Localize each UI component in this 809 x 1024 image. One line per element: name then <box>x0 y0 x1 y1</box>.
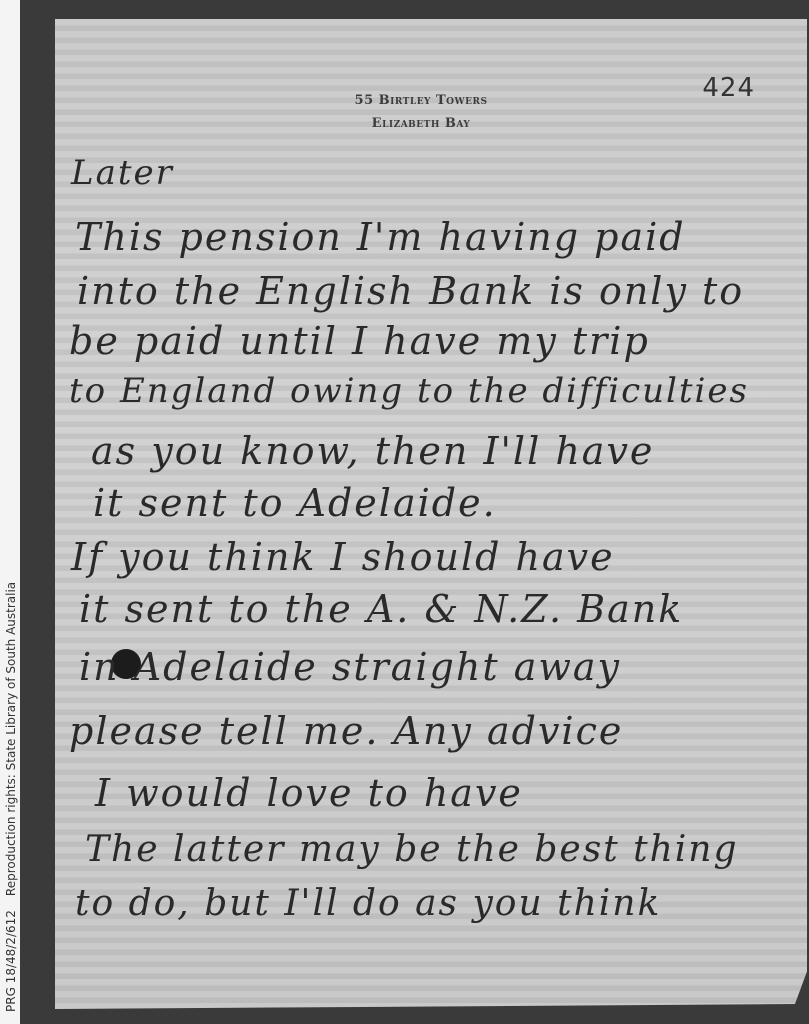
archive-reference: PRG 18/48/2/612 <box>4 910 18 1012</box>
handwritten-line: I would love to have <box>95 771 523 815</box>
handwritten-line: to England owing to the difficulties <box>69 371 749 411</box>
handwritten-line: to do, but I'll do as you think <box>75 883 661 924</box>
handwritten-line: If you think I should have <box>71 535 615 579</box>
handwritten-line: it sent to Adelaide. <box>93 481 497 525</box>
handwritten-line: it sent to the A. & N.Z. Bank <box>79 587 683 631</box>
film-border: 424 55 Birtley Towers Elizabeth Bay Late… <box>20 0 809 1024</box>
handwritten-line: into the English Bank is only to <box>77 269 744 313</box>
letter-page: 424 55 Birtley Towers Elizabeth Bay Late… <box>55 19 807 1009</box>
credit-text: PRG 18/48/2/612Reproduction rights: Stat… <box>4 582 18 1012</box>
reproduction-rights: Reproduction rights: State Library of So… <box>4 582 18 896</box>
letterhead-suburb: Elizabeth Bay <box>35 116 807 131</box>
handwritten-line: be paid until I have my trip <box>69 319 650 363</box>
letterhead-address: 55 Birtley Towers <box>35 93 807 108</box>
handwritten-line: The latter may be the best thing <box>85 829 739 870</box>
handwritten-line: Later <box>71 153 174 193</box>
credit-strip: PRG 18/48/2/612Reproduction rights: Stat… <box>0 0 20 1024</box>
handwritten-line: as you know, then I'll have <box>91 429 654 473</box>
handwritten-line: This pension I'm having paid <box>75 215 686 259</box>
handwritten-line: please tell me. Any advice <box>69 709 623 753</box>
handwritten-line: in Adelaide straight away <box>79 645 621 689</box>
letterhead: 55 Birtley Towers Elizabeth Bay <box>55 93 807 131</box>
